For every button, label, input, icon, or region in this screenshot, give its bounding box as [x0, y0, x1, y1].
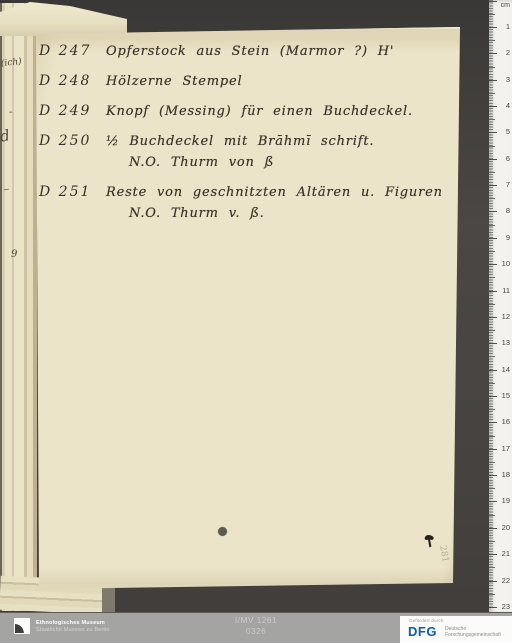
- funding-prefix-label: Gefördert durch: [409, 618, 444, 623]
- ruler-cm-tick: [489, 501, 497, 502]
- ruler-half-cm-tick: [489, 251, 495, 252]
- ruler-cm-tick: [489, 264, 497, 265]
- entry-description: Reste von geschnitzten Altären u. Figure…: [106, 182, 443, 224]
- ruler-number: 1: [506, 23, 510, 31]
- ruler-number: 15: [502, 392, 510, 400]
- entry-number: D 251: [39, 182, 106, 203]
- ruler-half-cm-tick: [489, 40, 495, 41]
- ruler-cm-tick: [489, 185, 497, 186]
- ruler-cm-tick: [489, 475, 497, 476]
- ruler-half-cm-tick: [489, 225, 495, 226]
- entry-number: D 248: [39, 71, 106, 92]
- ruler-half-cm-tick: [489, 383, 495, 384]
- ruler-half-cm-tick: [489, 277, 495, 278]
- catalog-entry: D 247Opferstock aus Stein (Marmor ?) H': [39, 41, 443, 62]
- ruler-half-cm-tick: [489, 488, 495, 489]
- ruler-half-cm-tick: [489, 67, 495, 68]
- scan-viewport: (ich)-d~9 D 247Opferstock aus Stein (Mar…: [0, 0, 512, 643]
- entry-description: Opferstock aus Stein (Marmor ?) H': [106, 41, 394, 62]
- ruler-number: 19: [502, 497, 510, 505]
- ruler-cm-tick: [489, 132, 497, 133]
- ruler-number: 16: [502, 418, 510, 426]
- ruler-number: 4: [506, 102, 510, 110]
- entry-number: D 247: [39, 41, 106, 62]
- handwritten-line: N.O. Thurm von ß: [106, 152, 374, 173]
- ruler-number: 13: [502, 339, 510, 347]
- ruler-number: 8: [506, 207, 510, 215]
- ruler-number: 2: [506, 49, 510, 57]
- ruler-half-cm-tick: [489, 14, 495, 15]
- ruler-half-cm-tick: [489, 462, 495, 463]
- ruler-number: 12: [502, 313, 510, 321]
- ruler-cm-tick: [489, 317, 497, 318]
- ruler-cm-tick: [489, 449, 497, 450]
- ruler-cm-tick: [489, 159, 497, 160]
- catalog-entry: D 249Knopf (Messing) für einen Buchdecke…: [39, 101, 443, 122]
- ruler-cm-tick: [489, 27, 497, 28]
- handwritten-line: Reste von geschnitzten Altären u. Figure…: [106, 182, 443, 203]
- ruler-cm-tick: [489, 607, 497, 608]
- ruler-cm-tick: [489, 343, 497, 344]
- entry-number: D 249: [39, 101, 106, 122]
- handwritten-line: Hölzerne Stempel: [106, 71, 242, 92]
- ruler-number: 22: [502, 577, 510, 585]
- cm-ruler: cm 1234567891011121314151617181920212223: [489, 0, 512, 614]
- catalog-entry: D 250½ Buchdeckel mit Brāhmī schrift.N.O…: [39, 131, 443, 173]
- entry-description: Hölzerne Stempel: [106, 71, 242, 92]
- ink-blot-mark: [422, 534, 436, 555]
- ruler-half-cm-tick: [489, 567, 495, 568]
- ruler-cm-tick: [489, 422, 497, 423]
- ruler-number: 17: [502, 445, 510, 453]
- manuscript-page: D 247Opferstock aus Stein (Marmor ?) H'D…: [36, 27, 460, 589]
- ruler-half-cm-tick: [489, 304, 495, 305]
- ruler-half-cm-tick: [489, 146, 495, 147]
- ruler-number: 9: [506, 234, 510, 242]
- page-edge-writing-fragment: ~: [2, 185, 10, 195]
- ruler-cm-tick: [489, 238, 497, 239]
- ruler-cm-tick: [489, 554, 497, 555]
- ruler-number: 10: [502, 260, 510, 268]
- ruler-cm-tick: [489, 80, 497, 81]
- ruler-half-cm-tick: [489, 409, 495, 410]
- page-edge-writing-fragment: 9: [11, 249, 17, 260]
- ruler-cm-tick: [489, 106, 497, 107]
- ruler-number: 23: [502, 603, 510, 611]
- footer-bar: Ethnologisches Museum Staatliche Museen …: [0, 612, 512, 643]
- previous-page-top-edges: [0, 2, 127, 36]
- ruler-number: 20: [502, 524, 510, 532]
- ruler-half-cm-tick: [489, 172, 495, 173]
- catalog-entry: D 248Hölzerne Stempel: [39, 71, 443, 92]
- ruler-cm-tick: [489, 396, 497, 397]
- pencil-page-note: 281: [437, 545, 450, 564]
- page-edge-writing-fragment: -: [9, 107, 12, 118]
- dfg-funding-badge: Gefördert durch DFG Deutsche Forschungsg…: [400, 616, 512, 643]
- ruler-half-cm-tick: [489, 515, 495, 516]
- ruler-number: 7: [506, 181, 510, 189]
- handwritten-line: Knopf (Messing) für einen Buchdeckel.: [106, 101, 413, 122]
- ruler-half-cm-tick: [489, 541, 495, 542]
- entry-number: D 250: [39, 131, 106, 152]
- ruler-half-cm-tick: [489, 93, 495, 94]
- punch-hole-dot: [218, 527, 227, 536]
- ruler-cm-tick: [489, 528, 497, 529]
- catalog-entry-list: D 247Opferstock aus Stein (Marmor ?) H'D…: [39, 41, 443, 224]
- ruler-half-cm-tick: [489, 119, 495, 120]
- catalog-entry: D 251Reste von geschnitzten Altären u. F…: [39, 182, 443, 224]
- ruler-cm-tick: [489, 211, 497, 212]
- ruler-number: 3: [506, 76, 510, 84]
- ruler-number: 18: [502, 471, 510, 479]
- page-edge-writing-fragment: (ich): [1, 57, 23, 69]
- handwritten-line: Opferstock aus Stein (Marmor ?) H': [106, 41, 394, 62]
- ruler-cm-tick: [489, 581, 497, 582]
- ruler-number: 14: [502, 366, 510, 374]
- ruler-half-cm-tick: [489, 330, 495, 331]
- ruler-cm-tick: [489, 53, 497, 54]
- ruler-cm-tick: [489, 370, 497, 371]
- ruler-number: 6: [506, 155, 510, 163]
- dfg-logo: DFG: [408, 624, 437, 639]
- handwritten-line: N.O. Thurm v. ß.: [106, 203, 443, 224]
- dfg-org-name: Deutsche Forschungsgemeinschaft: [445, 626, 501, 638]
- ruler-cm-tick: [489, 1, 497, 2]
- ruler-half-cm-tick: [489, 594, 495, 595]
- page-edge-writing-fragment: d: [0, 126, 11, 145]
- ruler-number: 21: [502, 550, 510, 558]
- entry-description: ½ Buchdeckel mit Brāhmī schrift.N.O. Thu…: [106, 131, 374, 173]
- ruler-cm-tick: [489, 291, 497, 292]
- ruler-number: 5: [506, 128, 510, 136]
- ruler-half-cm-tick: [489, 198, 495, 199]
- ruler-unit-label: cm: [501, 2, 510, 9]
- ruler-number: 11: [502, 287, 510, 295]
- ruler-half-cm-tick: [489, 436, 495, 437]
- handwritten-line: ½ Buchdeckel mit Brāhmī schrift.: [106, 131, 374, 152]
- entry-description: Knopf (Messing) für einen Buchdeckel.: [106, 101, 413, 122]
- book-binding-edge: (ich)-d~9: [0, 3, 37, 611]
- ruler-half-cm-tick: [489, 356, 495, 357]
